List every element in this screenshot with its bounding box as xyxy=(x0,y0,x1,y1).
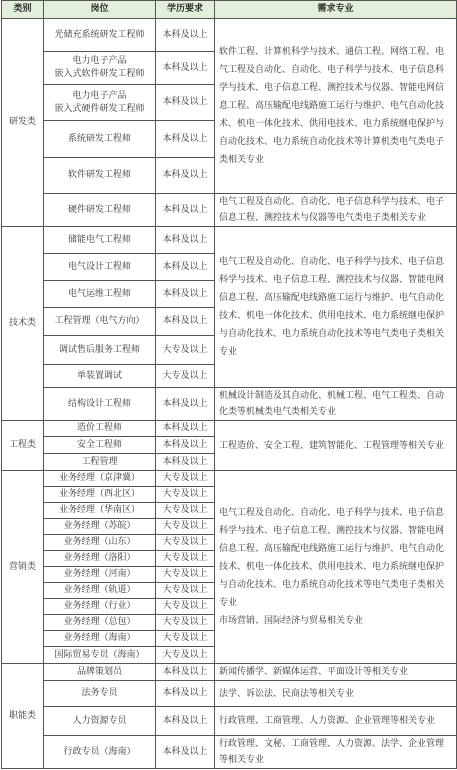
position-cell: 业务经理（总包） xyxy=(44,615,156,631)
majors-cell: 电气工程及自动化、自动化、电子科学与技术、电子信息科学与技术、电子信息工程、测控… xyxy=(215,227,457,388)
header-category: 类别 xyxy=(2,1,44,19)
majors-cell: 电气工程及自动化、自动化、电子信息科学与技术、电子信息工程、测控技术与仪器等电气… xyxy=(215,194,457,227)
position-cell: 硬件研发工程师 xyxy=(44,194,156,227)
category-tech: 技术类 xyxy=(2,227,44,421)
position-cell: 电气运维工程师 xyxy=(44,281,156,308)
position-cell: 业务经理（苏皖） xyxy=(44,519,156,535)
education-cell: 本科及以上 xyxy=(156,19,215,52)
position-cell: 品牌策划员 xyxy=(44,664,156,681)
education-cell: 大专及以上 xyxy=(156,615,215,631)
position-cell: 电力电子产品嵌入式软件研发工程师 xyxy=(44,52,156,85)
education-cell: 本科及以上 xyxy=(156,227,215,254)
table-row: 营销类 业务经理（京津冀） 大专及以上 电气工程及自动化、自动化、电子科学与技术… xyxy=(2,471,457,487)
education-cell: 大专及以上 xyxy=(156,519,215,535)
position-cell: 业务经理（河南） xyxy=(44,567,156,583)
table-header-row: 类别 岗位 学历要求 需求专业 xyxy=(2,1,457,19)
education-cell: 大专及以上 xyxy=(156,503,215,519)
education-cell: 本科及以上 xyxy=(156,52,215,85)
education-cell: 大专及以上 xyxy=(156,647,215,664)
table-row: 行政专员（海南） 本科及以上 行政管理、文秘、工商管理、人力资源、法学、企业管理… xyxy=(2,736,457,769)
table-row: 研发类 光储充系统研发工程师 本科及以上 软件工程、计算机科学与技术、通信工程、… xyxy=(2,19,457,52)
table-row: 技术类 储能电气工程师 本科及以上 电气工程及自动化、自动化、电子科学与技术、电… xyxy=(2,227,457,254)
education-cell: 本科及以上 xyxy=(156,308,215,336)
position-line: 电力电子产品 xyxy=(47,55,152,68)
position-cell: 单装置调试 xyxy=(44,365,156,388)
education-cell: 大专及以上 xyxy=(156,583,215,599)
education-cell: 大专及以上 xyxy=(156,365,215,388)
header-education: 学历要求 xyxy=(156,1,215,19)
category-engineering: 工程类 xyxy=(2,421,44,471)
education-cell: 大专及以上 xyxy=(156,535,215,551)
education-cell: 本科及以上 xyxy=(156,681,215,707)
majors-cell: 电气工程及自动化、自动化、电子科学与技术、电子信息科学与技术、电子信息工程、测控… xyxy=(215,471,457,664)
position-cell: 国际贸易专员（海南） xyxy=(44,647,156,664)
position-cell: 业务经理（洛阳） xyxy=(44,551,156,567)
education-cell: 本科及以上 xyxy=(156,736,215,769)
education-cell: 本科及以上 xyxy=(156,664,215,681)
table-row: 人力资源专员 本科及以上 行政管理、工商管理、人力资源、企业管理等相关专业 xyxy=(2,707,457,736)
majors-cell: 法学、诉讼法、民商法等相关专业 xyxy=(215,681,457,707)
majors-cell: 工程造价、安全工程、建筑智能化、工程管理等相关专业 xyxy=(215,421,457,471)
position-cell: 业务经理（西北区） xyxy=(44,487,156,503)
position-cell: 系统研发工程师 xyxy=(44,121,156,158)
education-cell: 本科及以上 xyxy=(156,254,215,281)
majors-cell: 行政管理、文秘、工商管理、人力资源、法学、企业管理等相关专业 xyxy=(215,736,457,769)
table-row: 职能类 品牌策划员 本科及以上 新闻传播学、新媒体运营、平面设计等相关专业 xyxy=(2,664,457,681)
education-cell: 本科及以上 xyxy=(156,454,215,471)
table-row: 结构设计工程师 本科及以上 机械设计制造及其自动化、机械工程、电气工程类、自动化… xyxy=(2,388,457,421)
education-cell: 本科及以上 xyxy=(156,85,215,121)
position-cell: 人力资源专员 xyxy=(44,707,156,736)
table-row: 法务专员 本科及以上 法学、诉讼法、民商法等相关专业 xyxy=(2,681,457,707)
table-row: 硬件研发工程师 本科及以上 电气工程及自动化、自动化、电子信息科学与技术、电子信… xyxy=(2,194,457,227)
position-cell: 储能电气工程师 xyxy=(44,227,156,254)
position-cell: 行政专员（海南） xyxy=(44,736,156,769)
education-cell: 大专及以上 xyxy=(156,336,215,365)
position-cell: 业务经理（海南） xyxy=(44,631,156,647)
majors-cell: 行政管理、工商管理、人力资源、企业管理等相关专业 xyxy=(215,707,457,736)
education-cell: 大专及以上 xyxy=(156,471,215,487)
category-functional: 职能类 xyxy=(2,664,44,769)
position-cell: 工程管理（电气方向） xyxy=(44,308,156,336)
header-position: 岗位 xyxy=(44,1,156,19)
position-cell: 工程管理 xyxy=(44,454,156,471)
position-cell: 造价工程师 xyxy=(44,421,156,437)
position-cell: 电力电子产品嵌入式硬件研发工程师 xyxy=(44,85,156,121)
majors-cell: 机械设计制造及其自动化、机械工程、电气工程类、自动化类等机械类电气类相关专业 xyxy=(215,388,457,421)
position-line: 嵌入式软件研发工程师 xyxy=(47,68,152,81)
position-line: 电力电子产品 xyxy=(47,90,152,103)
position-cell: 光储充系统研发工程师 xyxy=(44,19,156,52)
position-cell: 电气设计工程师 xyxy=(44,254,156,281)
majors-cell: 新闻传播学、新媒体运营、平面设计等相关专业 xyxy=(215,664,457,681)
table-row: 工程类 造价工程师 本科及以上 工程造价、安全工程、建筑智能化、工程管理等相关专… xyxy=(2,421,457,437)
education-cell: 大专及以上 xyxy=(156,567,215,583)
position-line: 嵌入式硬件研发工程师 xyxy=(47,103,152,116)
education-cell: 大专及以上 xyxy=(156,487,215,503)
education-cell: 大专及以上 xyxy=(156,599,215,615)
education-cell: 本科及以上 xyxy=(156,158,215,194)
position-cell: 业务经理（山东） xyxy=(44,535,156,551)
position-cell: 业务经理（轨道） xyxy=(44,583,156,599)
position-cell: 调试售后服务工程师 xyxy=(44,336,156,365)
position-cell: 业务经理（行业） xyxy=(44,599,156,615)
position-cell: 安全工程师 xyxy=(44,437,156,454)
majors-cell: 软件工程、计算机科学与技术、通信工程、网络工程、电气工程及自动化、自动化、电子科… xyxy=(215,19,457,194)
category-marketing: 营销类 xyxy=(2,471,44,664)
position-cell: 软件研发工程师 xyxy=(44,158,156,194)
education-cell: 本科及以上 xyxy=(156,388,215,421)
education-cell: 本科及以上 xyxy=(156,421,215,437)
education-cell: 本科及以上 xyxy=(156,281,215,308)
position-cell: 法务专员 xyxy=(44,681,156,707)
education-cell: 本科及以上 xyxy=(156,707,215,736)
majors-marketing: 市场营销、国际经济与贸易相关专业 xyxy=(219,612,452,630)
recruitment-table: 类别 岗位 学历要求 需求专业 研发类 光储充系统研发工程师 本科及以上 软件工… xyxy=(1,0,457,769)
position-cell: 业务经理（京津冀） xyxy=(44,471,156,487)
category-rd: 研发类 xyxy=(2,19,44,227)
header-majors: 需求专业 xyxy=(215,1,457,19)
majors-electrical: 电气工程及自动化、自动化、电子科学与技术、电子信息科学与技术、电子信息工程、测控… xyxy=(219,504,452,612)
education-cell: 本科及以上 xyxy=(156,437,215,454)
education-cell: 本科及以上 xyxy=(156,121,215,158)
position-cell: 业务经理（华南区） xyxy=(44,503,156,519)
education-cell: 大专及以上 xyxy=(156,551,215,567)
education-cell: 大专及以上 xyxy=(156,631,215,647)
education-cell: 本科及以上 xyxy=(156,194,215,227)
position-cell: 结构设计工程师 xyxy=(44,388,156,421)
